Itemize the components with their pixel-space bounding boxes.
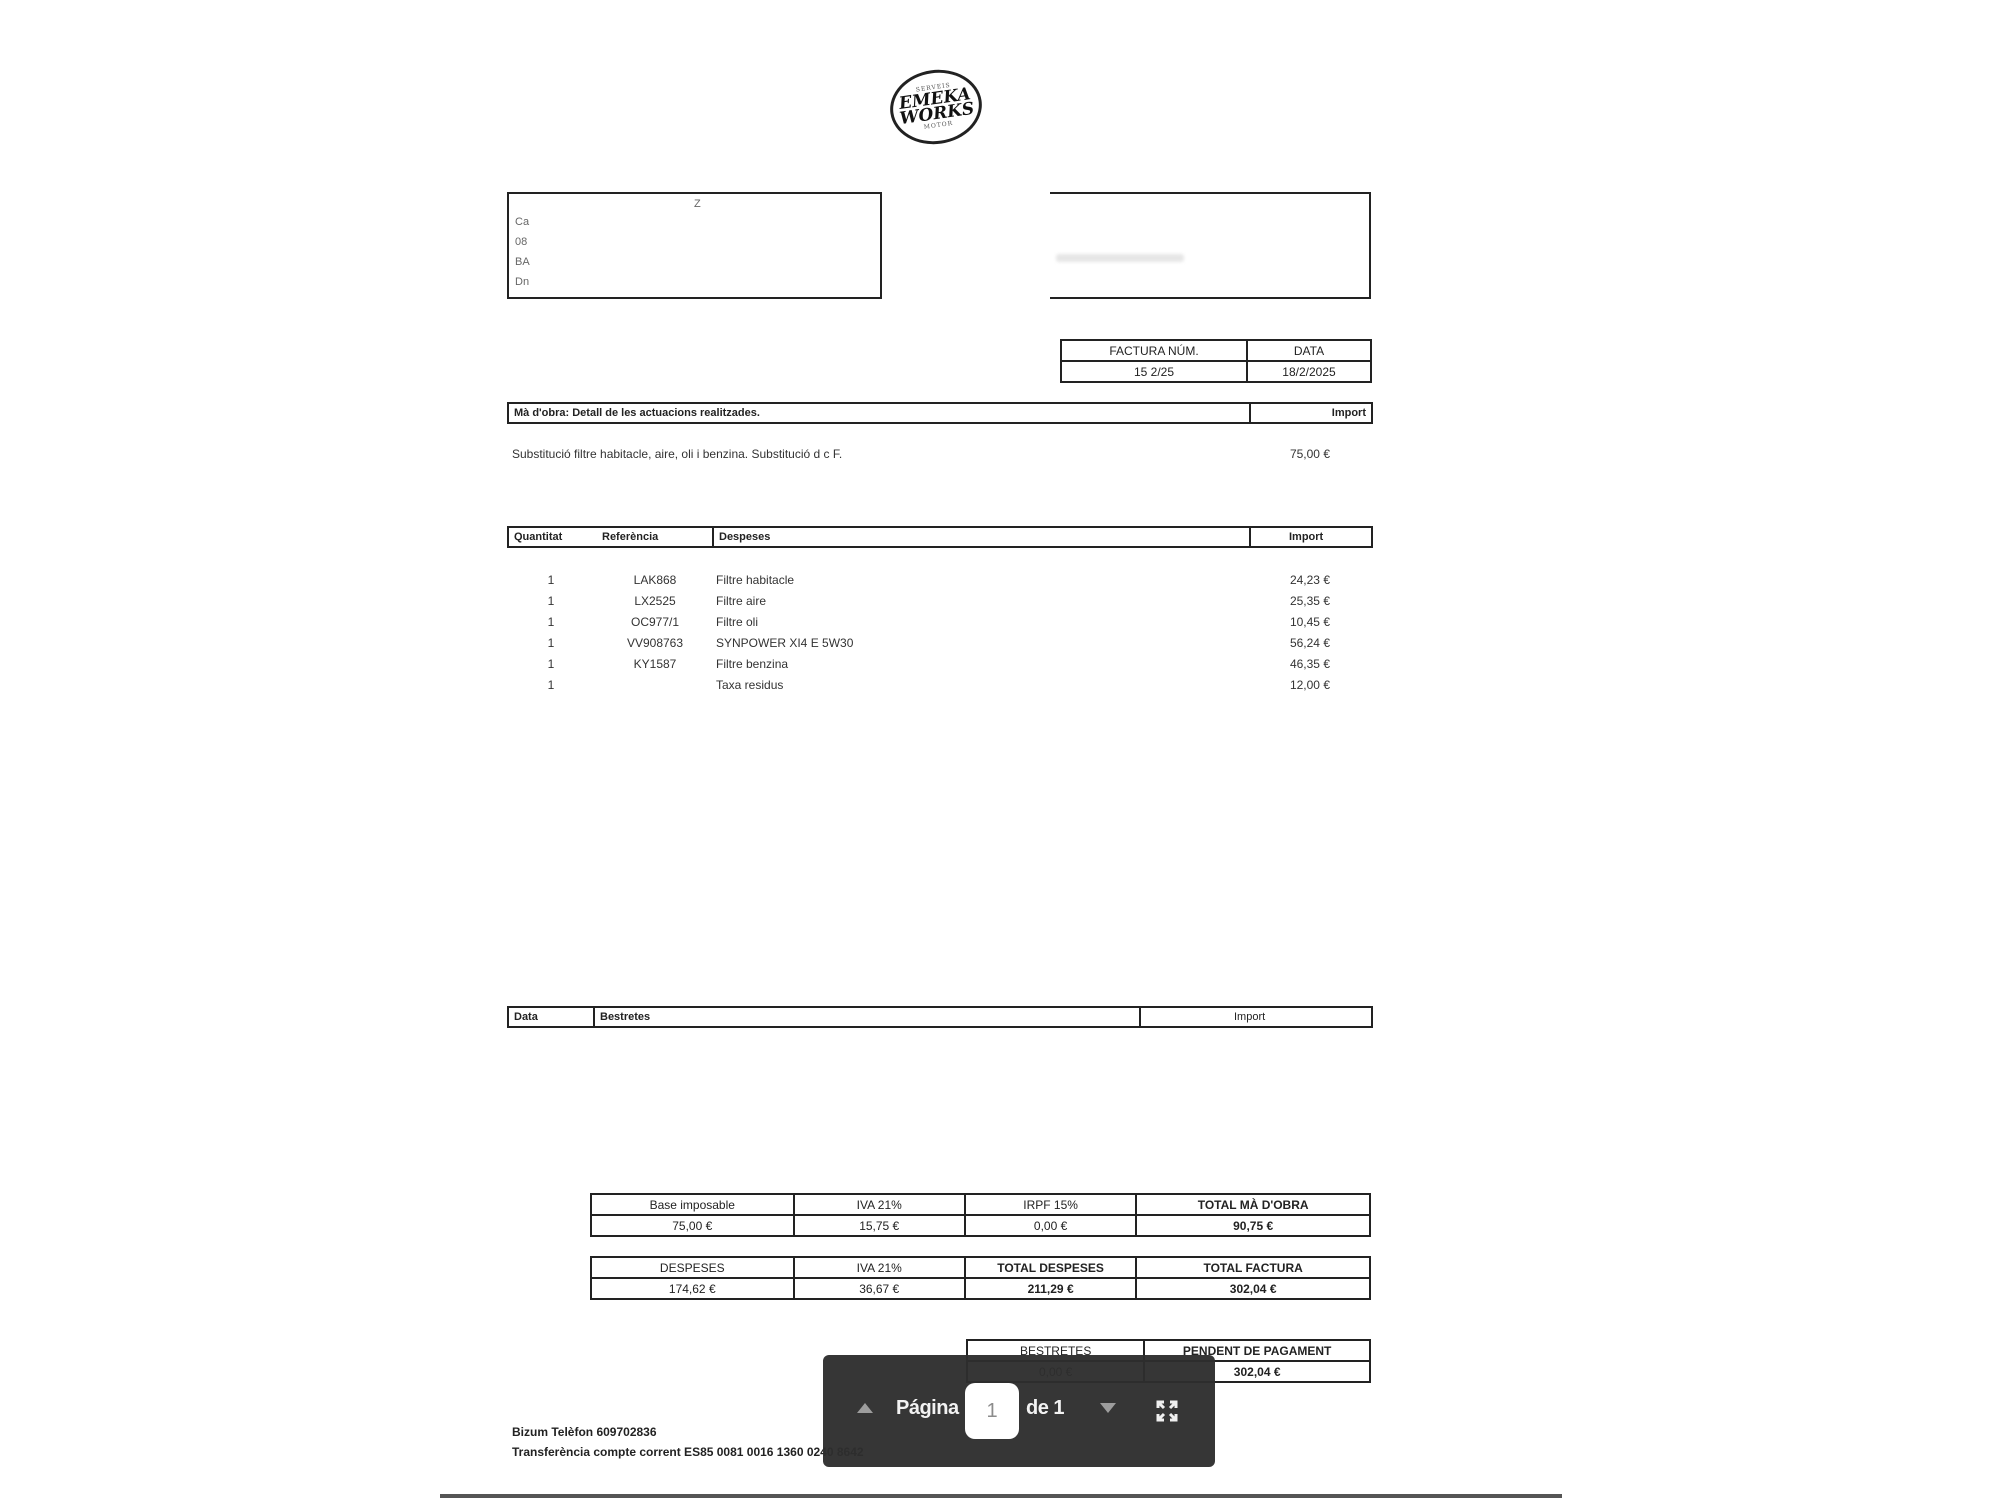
redacted-line	[1056, 254, 1184, 262]
labour-header-amount-label: Import	[1327, 404, 1371, 422]
expense-totals-table: DESPESES IVA 21% TOTAL DESPESES TOTAL FA…	[590, 1256, 1371, 1300]
col-adv-amount: Import	[1229, 1008, 1270, 1026]
labour-totals-table: Base imposable IVA 21% IRPF 15% TOTAL MÀ…	[590, 1193, 1371, 1237]
expense-amount: 46,35 €	[1270, 657, 1330, 671]
advances-header-bar: Data Bestretes Import	[507, 1006, 1373, 1028]
labour-header-label: Mà d'obra: Detall de les actuacions real…	[509, 404, 765, 422]
invoice-date: 18/2/2025	[1247, 361, 1371, 382]
base-value: 75,00 €	[591, 1215, 794, 1236]
expense-description: Filtre habitacle	[716, 573, 794, 587]
expense-description: Filtre oli	[716, 615, 758, 629]
expense-qty: 1	[545, 573, 557, 587]
expenses-iva-value: 36,67 €	[794, 1278, 965, 1299]
total-labour-value: 90,75 €	[1136, 1215, 1370, 1236]
total-expenses-value: 211,29 €	[965, 1278, 1136, 1299]
expense-qty: 1	[545, 615, 557, 629]
col-adv-date: Data	[509, 1008, 543, 1026]
expense-amount: 25,35 €	[1270, 594, 1330, 608]
expenses-label: DESPESES	[591, 1257, 794, 1278]
expenses-header-bar: Quantitat Referència Despeses Import	[507, 526, 1373, 548]
iva-label: IVA 21%	[794, 1194, 965, 1215]
bank-account: Transferència compte corrent ES85 0081 0…	[512, 1445, 864, 1459]
invoice-number: 15 2/25	[1061, 361, 1247, 382]
irpf-label: IRPF 15%	[965, 1194, 1136, 1215]
total-invoice-label: TOTAL FACTURA	[1136, 1257, 1370, 1278]
expense-description: Filtre aire	[716, 594, 766, 608]
client-fragment: Dn	[515, 276, 529, 288]
expense-reference: OC977/1	[595, 615, 715, 629]
expense-reference: VV908763	[595, 636, 715, 650]
expense-qty: 1	[545, 657, 557, 671]
col-description: Despeses	[714, 528, 775, 546]
expense-amount: 56,24 €	[1270, 636, 1330, 650]
divider	[1139, 1008, 1141, 1026]
iva-value: 15,75 €	[794, 1215, 965, 1236]
client-fragment: BA	[515, 256, 530, 268]
col-reference: Referència	[597, 528, 663, 546]
client-fragment: Z	[694, 198, 701, 210]
divider	[1249, 528, 1251, 546]
col-quantity: Quantitat	[509, 528, 567, 546]
total-invoice-value: 302,04 €	[1136, 1278, 1370, 1299]
triangle-up-icon	[857, 1403, 873, 1413]
total-expenses-label: TOTAL DESPESES	[965, 1257, 1136, 1278]
page-bottom-edge	[440, 1494, 1562, 1498]
page-count-label: de 1	[1026, 1397, 1064, 1420]
expenses-value: 174,62 €	[591, 1278, 794, 1299]
col-adv-label: Bestretes	[595, 1008, 655, 1026]
col-amount: Import	[1284, 528, 1328, 546]
triangle-down-icon	[1100, 1403, 1116, 1413]
base-label: Base imposable	[591, 1194, 794, 1215]
page-number-input[interactable]	[965, 1383, 1019, 1439]
expense-reference: KY1587	[595, 657, 715, 671]
client-address-box: Z Ca 08 BA Dn	[507, 192, 882, 299]
expense-description: SYNPOWER XI4 E 5W30	[716, 636, 853, 650]
expense-reference: LAK868	[595, 573, 715, 587]
next-page-button[interactable]	[1093, 1393, 1123, 1423]
expense-qty: 1	[545, 678, 557, 692]
issuer-address-box	[1050, 192, 1371, 299]
labour-header-bar: Mà d'obra: Detall de les actuacions real…	[507, 402, 1373, 424]
invoice-number-label: FACTURA NÚM.	[1061, 340, 1247, 361]
divider	[1249, 404, 1251, 422]
labour-description: Substitució filtre habitacle, aire, oli …	[512, 447, 842, 461]
expense-amount: 24,23 €	[1270, 573, 1330, 587]
expense-qty: 1	[545, 636, 557, 650]
expense-reference: LX2525	[595, 594, 715, 608]
fullscreen-icon	[1156, 1400, 1178, 1422]
previous-page-button[interactable]	[850, 1393, 880, 1423]
expense-amount: 12,00 €	[1270, 678, 1330, 692]
expense-qty: 1	[545, 594, 557, 608]
client-fragment: 08	[515, 236, 527, 248]
fullscreen-button[interactable]	[1156, 1400, 1178, 1422]
invoice-date-label: DATA	[1247, 340, 1371, 361]
irpf-value: 0,00 €	[965, 1215, 1136, 1236]
page-label: Página	[896, 1397, 959, 1420]
expense-description: Taxa residus	[716, 678, 783, 692]
client-fragment: Ca	[515, 216, 529, 228]
expense-amount: 10,45 €	[1270, 615, 1330, 629]
labour-amount: 75,00 €	[1270, 447, 1330, 461]
pdf-page-toolbar: Página de 1	[823, 1355, 1215, 1467]
expense-description: Filtre benzina	[716, 657, 788, 671]
invoice-header-table: FACTURA NÚM. DATA 15 2/25 18/2/2025	[1060, 339, 1372, 383]
total-labour-label: TOTAL MÀ D'OBRA	[1136, 1194, 1370, 1215]
bizum-phone: Bizum Telèfon 609702836	[512, 1425, 657, 1439]
expenses-iva-label: IVA 21%	[794, 1257, 965, 1278]
